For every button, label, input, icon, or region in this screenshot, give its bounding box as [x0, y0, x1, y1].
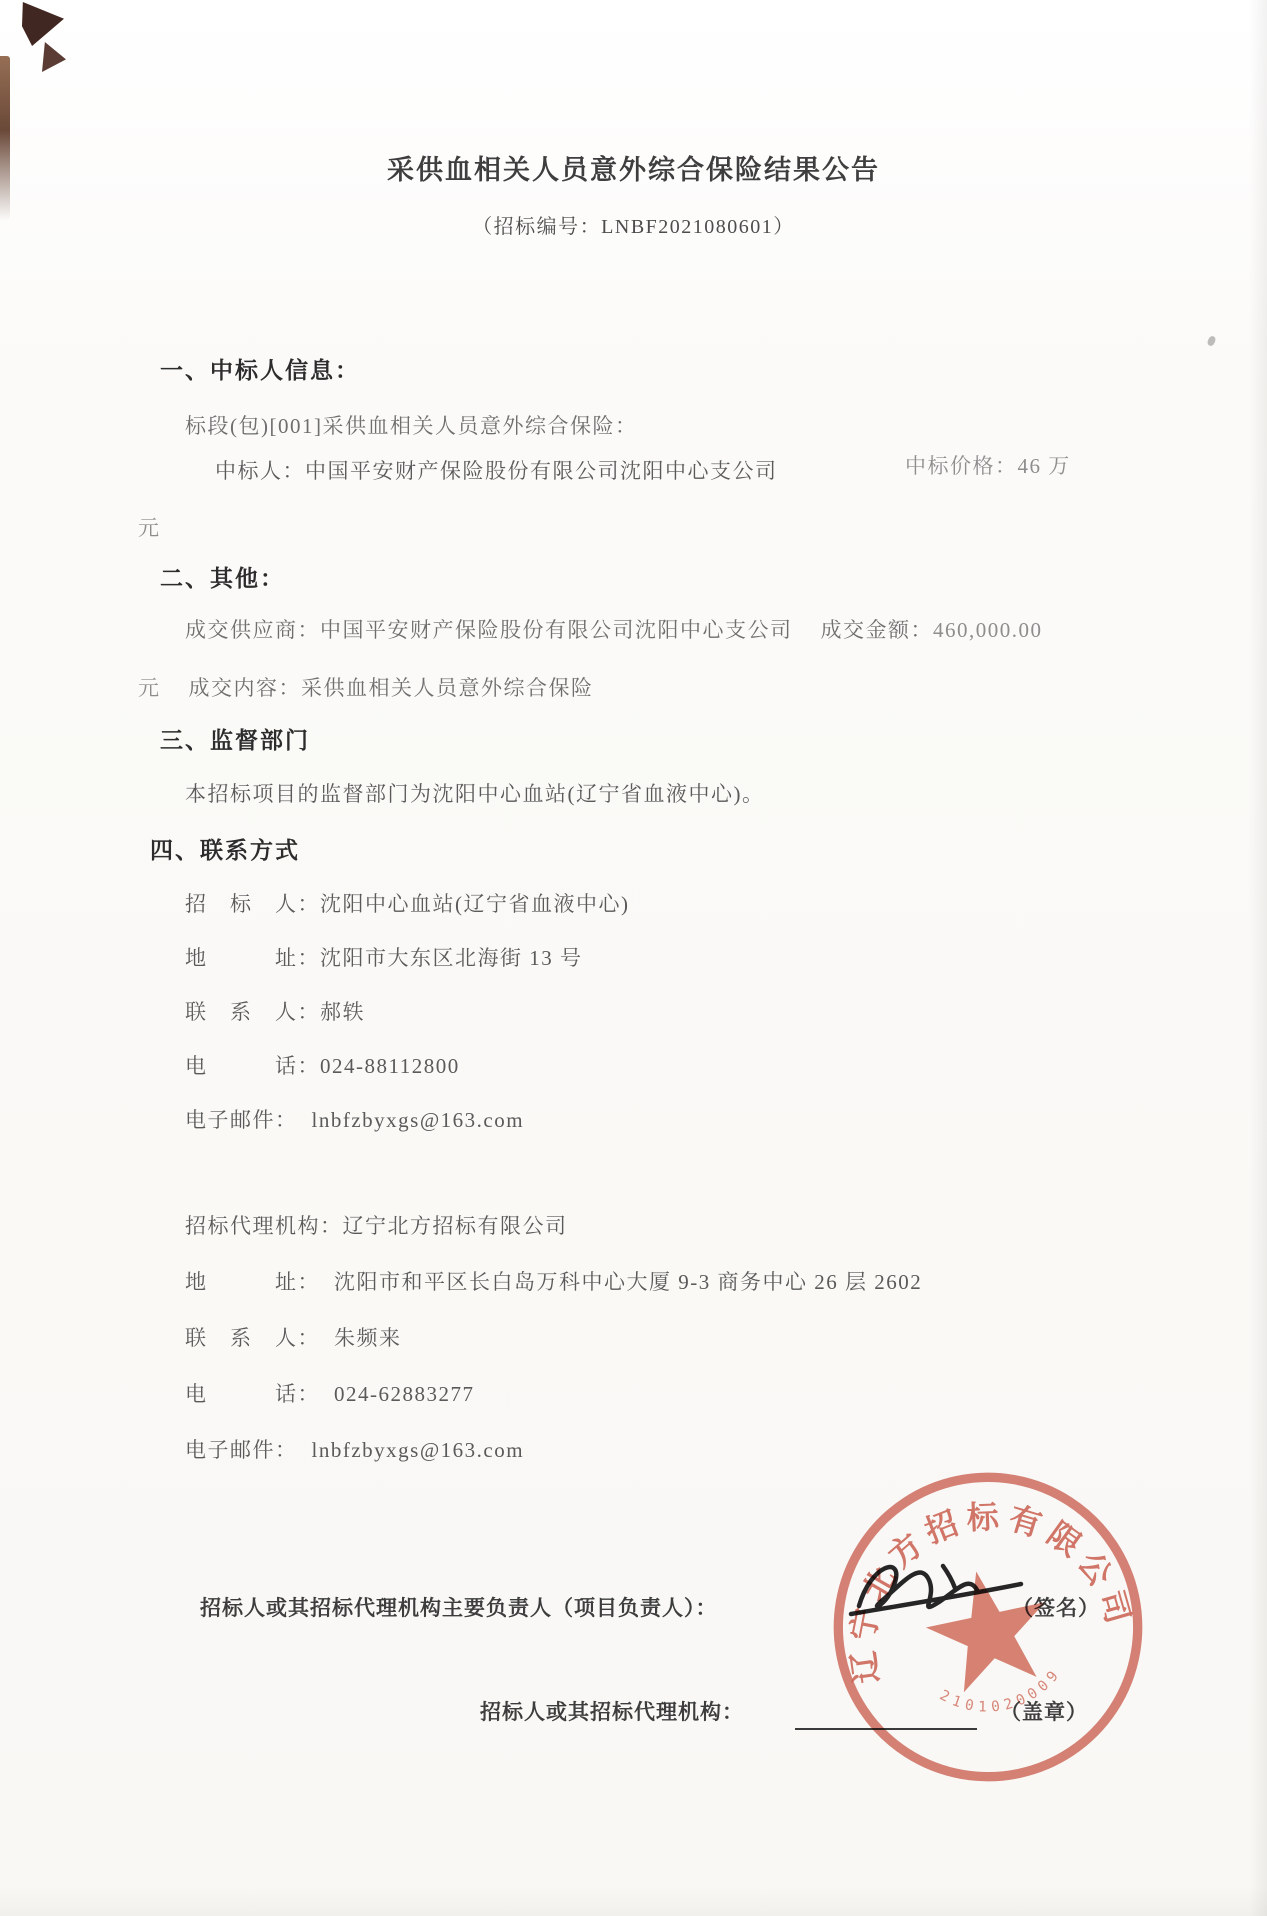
row-value: 沈阳中心血站(辽宁省血液中心) [320, 892, 630, 916]
row-label: 电子邮件： [185, 1438, 298, 1462]
winner-label: 中标人： [215, 459, 305, 483]
company-seal-stamp: 辽宁北方招标有限公司 2101020009 [797, 1432, 1179, 1821]
tenderer-row: 电 话：024-88112800 [185, 1050, 460, 1080]
scan-edge-shade [0, 1886, 1267, 1916]
agency-row: 地 址：沈阳市和平区长白岛万科中心大厦 9-3 商务中心 26 层 2602 [185, 1266, 922, 1296]
agency-seal-label: 招标人或其招标代理机构： [480, 1696, 744, 1726]
row-value: lnbfzbyxgs@163.com [312, 1108, 525, 1132]
row-value: 沈阳市大东区北海街 13 号 [320, 946, 583, 970]
seal-star-icon [917, 1559, 1060, 1697]
row-value: 024-62883277 [334, 1382, 475, 1406]
scan-edge-shade [1249, 0, 1267, 1916]
section-3-heading: 三、监督部门 [160, 722, 310, 755]
price-value: 46 万 [1018, 454, 1071, 478]
signature-flourish [851, 1584, 1021, 1614]
tenderer-row: 电子邮件：lnbfzbyxgs@163.com [185, 1104, 524, 1134]
signature-suffix: （签名） [1012, 1592, 1100, 1622]
scan-edge-artifact [0, 56, 10, 221]
winner-line: 中标人：中国平安财产保险股份有限公司沈阳中心支公司 [215, 455, 778, 485]
row-label: 招标代理机构： [185, 1214, 343, 1238]
signature-ink [845, 1548, 1035, 1643]
section-2-heading: 二、其他： [160, 560, 285, 593]
amount-unit-wrap: 元 [138, 676, 161, 700]
amount-value: 460,000.00 [933, 618, 1043, 642]
document-title: 采供血相关人员意外综合保险结果公告 [0, 148, 1267, 187]
row-value: 024-88112800 [320, 1054, 460, 1078]
signature-accent [943, 1566, 955, 1588]
scan-corner-artifact [22, 2, 64, 46]
scan-speckle [1206, 335, 1216, 347]
handwritten-signature [845, 1548, 1035, 1643]
responsible-person-label: 招标人或其招标代理机构主要负责人（项目负责人）： [200, 1592, 718, 1622]
row-label: 电 话： [185, 1054, 320, 1078]
seal-blank-underline [795, 1728, 977, 1730]
price-label: 中标价格： [905, 454, 1018, 478]
row-label: 地 址： [185, 946, 320, 970]
row-label: 招 标 人： [185, 892, 320, 916]
signature-stroke [859, 1567, 977, 1607]
row-label: 联 系 人： [185, 1326, 320, 1350]
seal-graphic: 辽宁北方招标有限公司 2101020009 [797, 1432, 1179, 1821]
supplier-line: 成交供应商：中国平安财产保险股份有限公司沈阳中心支公司成交金额：460,000.… [185, 614, 1043, 644]
seal-company-text: 辽宁北方招标有限公司 [817, 1470, 1139, 1688]
supplier-label: 成交供应商： [185, 618, 320, 642]
seal-ring [810, 1449, 1165, 1804]
winner-value: 中国平安财产保险股份有限公司沈阳中心支公司 [305, 459, 778, 483]
content-line: 元成交内容：采供血相关人员意外综合保险 [138, 672, 594, 702]
row-value: 郝轶 [320, 1000, 365, 1024]
row-label: 联 系 人： [185, 1000, 320, 1024]
supervisor-line: 本招标项目的监督部门为沈阳中心血站(辽宁省血液中心)。 [185, 778, 764, 808]
scan-corner-artifact [42, 42, 66, 72]
tenderer-row: 招 标 人：沈阳中心血站(辽宁省血液中心) [185, 888, 630, 918]
row-value: 沈阳市和平区长白岛万科中心大厦 9-3 商务中心 26 层 2602 [334, 1270, 922, 1294]
row-value: lnbfzbyxgs@163.com [312, 1438, 525, 1462]
tenderer-row: 地 址：沈阳市大东区北海街 13 号 [185, 942, 583, 972]
row-value: 朱频来 [334, 1326, 402, 1350]
content-label: 成交内容： [189, 676, 302, 700]
scanned-document-page: 采供血相关人员意外综合保险结果公告 （招标编号：LNBF2021080601） … [0, 0, 1267, 1916]
price-unit-wrap: 元 [138, 512, 161, 542]
tender-number-subtitle: （招标编号：LNBF2021080601） [0, 210, 1267, 239]
row-value: 辽宁北方招标有限公司 [343, 1214, 568, 1238]
section-4-heading: 四、联系方式 [150, 832, 300, 865]
content-value: 采供血相关人员意外综合保险 [301, 676, 594, 700]
supplier-value: 中国平安财产保险股份有限公司沈阳中心支公司 [320, 618, 793, 642]
tenderer-row: 联 系 人：郝轶 [185, 996, 365, 1026]
section-1-heading: 一、中标人信息： [160, 352, 360, 385]
agency-row: 电子邮件：lnbfzbyxgs@163.com [185, 1434, 524, 1464]
agency-row: 联 系 人：朱频来 [185, 1322, 402, 1352]
row-label: 电 话： [185, 1382, 320, 1406]
row-label: 电子邮件： [185, 1108, 298, 1132]
agency-row: 电 话：024-62883277 [185, 1378, 475, 1408]
price-line: 中标价格：46 万 [905, 450, 1071, 480]
amount-label: 成交金额： [821, 618, 934, 642]
agency-row: 招标代理机构：辽宁北方招标有限公司 [185, 1210, 568, 1240]
row-label: 地 址： [185, 1270, 320, 1294]
seal-suffix: （盖章） [1000, 1696, 1088, 1726]
lot-line: 标段(包)[001]采供血相关人员意外综合保险： [185, 410, 637, 440]
